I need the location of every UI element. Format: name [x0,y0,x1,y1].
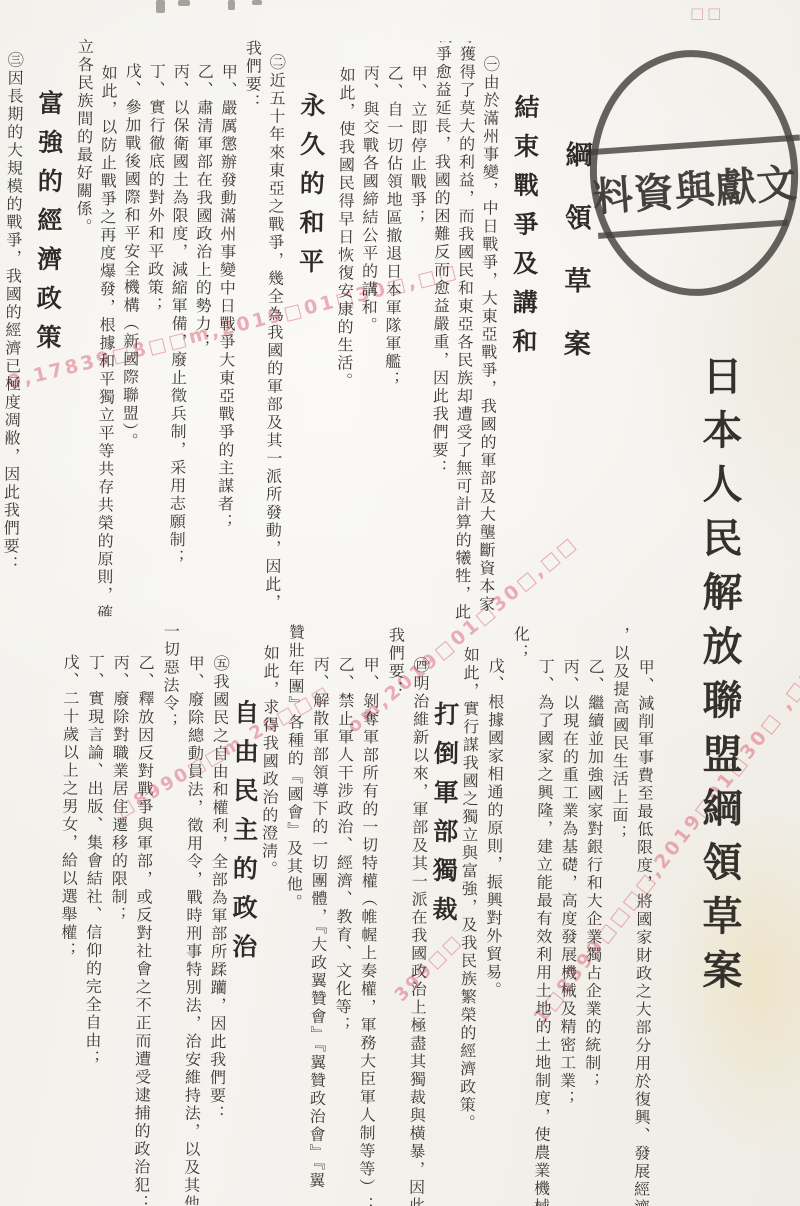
text-column: 甲、廢除總動員法，徵用令，戰時刑事特別法，治安維持法，以及其他 [178,619,208,1205]
text-column: 甲、嚴厲懲辦發動滿州事變中日戰爭大東亞戰爭的主謀者； [211,39,240,617]
text-column: 甲、剝奪軍部所有的一切特權（帷幄上奏權，軍務大臣軍人制等等）； [353,620,383,1206]
text-column: 乙、繼續並加強國家對銀行和大企業獨占企業的統制； [578,622,608,1206]
text-column: 乙、釋放因反對戰爭與軍部，或反對社會之不正而遭受逮捕的政治犯； [128,618,158,1204]
text-column: 甲、立即停止戰爭； [401,41,430,619]
section-heading-permanent-peace: 永久的和平 [283,40,334,618]
section-heading-free-democratic-politics: 自由民主的政治 [228,619,258,1205]
text-column: ㊃明治維新以來，軍部及其一派在我國政治上極盡其獨裁與橫暴，因此 [403,621,433,1206]
document-title: 日本人民解放聯盟綱領草案 [691,355,748,1055]
text-column: 如此，以防止戰爭之再度爆發，根據和平獨立平等共存共榮的原則，確 [91,38,120,616]
content-band-top: 綱領草案結束戰爭及講和㊀由於滿州事變，中日戰爭，大東亞戰爭，我國的軍部及大壟斷資… [0,37,605,620]
section-heading-end-war-and-peace-talks: 結束戰爭及講和 [497,42,548,620]
scan-smudge [228,0,235,10]
main-heading-program-draft: 綱領草案 [543,42,604,620]
scan-smudge [252,0,262,5]
text-column: 戊、根據國家相通的原則，振興對外貿易。 [478,621,508,1206]
text-column: 戊、參加戰後國際和平安全機構（新國際聯盟）。 [115,38,144,616]
text-column: 丙、與交戰各國締結公平的講和。 [353,40,382,618]
archive-stamp: 文獻與資料 [582,43,800,303]
text-column: 甲、減削軍事費至最低限度，將國家財政之大部分用於復興、發展經濟 [628,623,658,1206]
text-column: 戊、二十歲以上之男女，給以選舉權； [53,618,83,1204]
text-column: ㊄我國民之自由和權利，全部為軍部所蹂躪，因此我們要： [203,619,233,1205]
text-column: 丁、為了國家之興隆，建立能最有效利用土地的土地制度，使農業機械 [528,622,558,1206]
scan-smudge [156,0,165,13]
text-column: ㊁近五十年來東亞之戰爭，幾全為我國的軍部及其一派所發動，因此， [259,40,288,618]
text-column: 乙、自一切佔領地區撤退日本軍隊軍艦； [377,41,406,619]
content-band-bottom: 甲、減削軍事費至最低限度，將國家財政之大部分用於復興、發展經濟，以及提高國民生活… [5,617,658,1206]
text-column: 丙、解散軍部領導下的一切團體，『大政翼贊會』『翼贊政治會』『翼 [303,620,333,1206]
text-column: ㊀由於滿州事變，中日戰爭，大東亞戰爭，我國的軍部及大壟斷資本家 [473,42,502,620]
stamp-text: 文獻與資料 [585,141,800,234]
text-column: 丙、以保衛國土為限度，減縮軍備，廢止徵兵制，采用志願制； [163,39,192,617]
text-column: 丙、以現在的重工業為基礎，高度發展機械及精密工業； [553,622,583,1206]
text-column: 如此，使我國民得早日恢復安康的生活。 [329,40,358,618]
text-column: 丁、實現言論、出版、集會結社、信仰的完全自由； [78,618,108,1204]
watermark-text: □□ [690,4,724,22]
scan-smudge [178,0,190,6]
section-heading-prosperous-economic-policy: 富強的經濟政策 [21,38,72,616]
scanned-document-page: 0,17839□8□□m,2019□01□30□,□□om,2019□01□30… [0,0,800,1206]
